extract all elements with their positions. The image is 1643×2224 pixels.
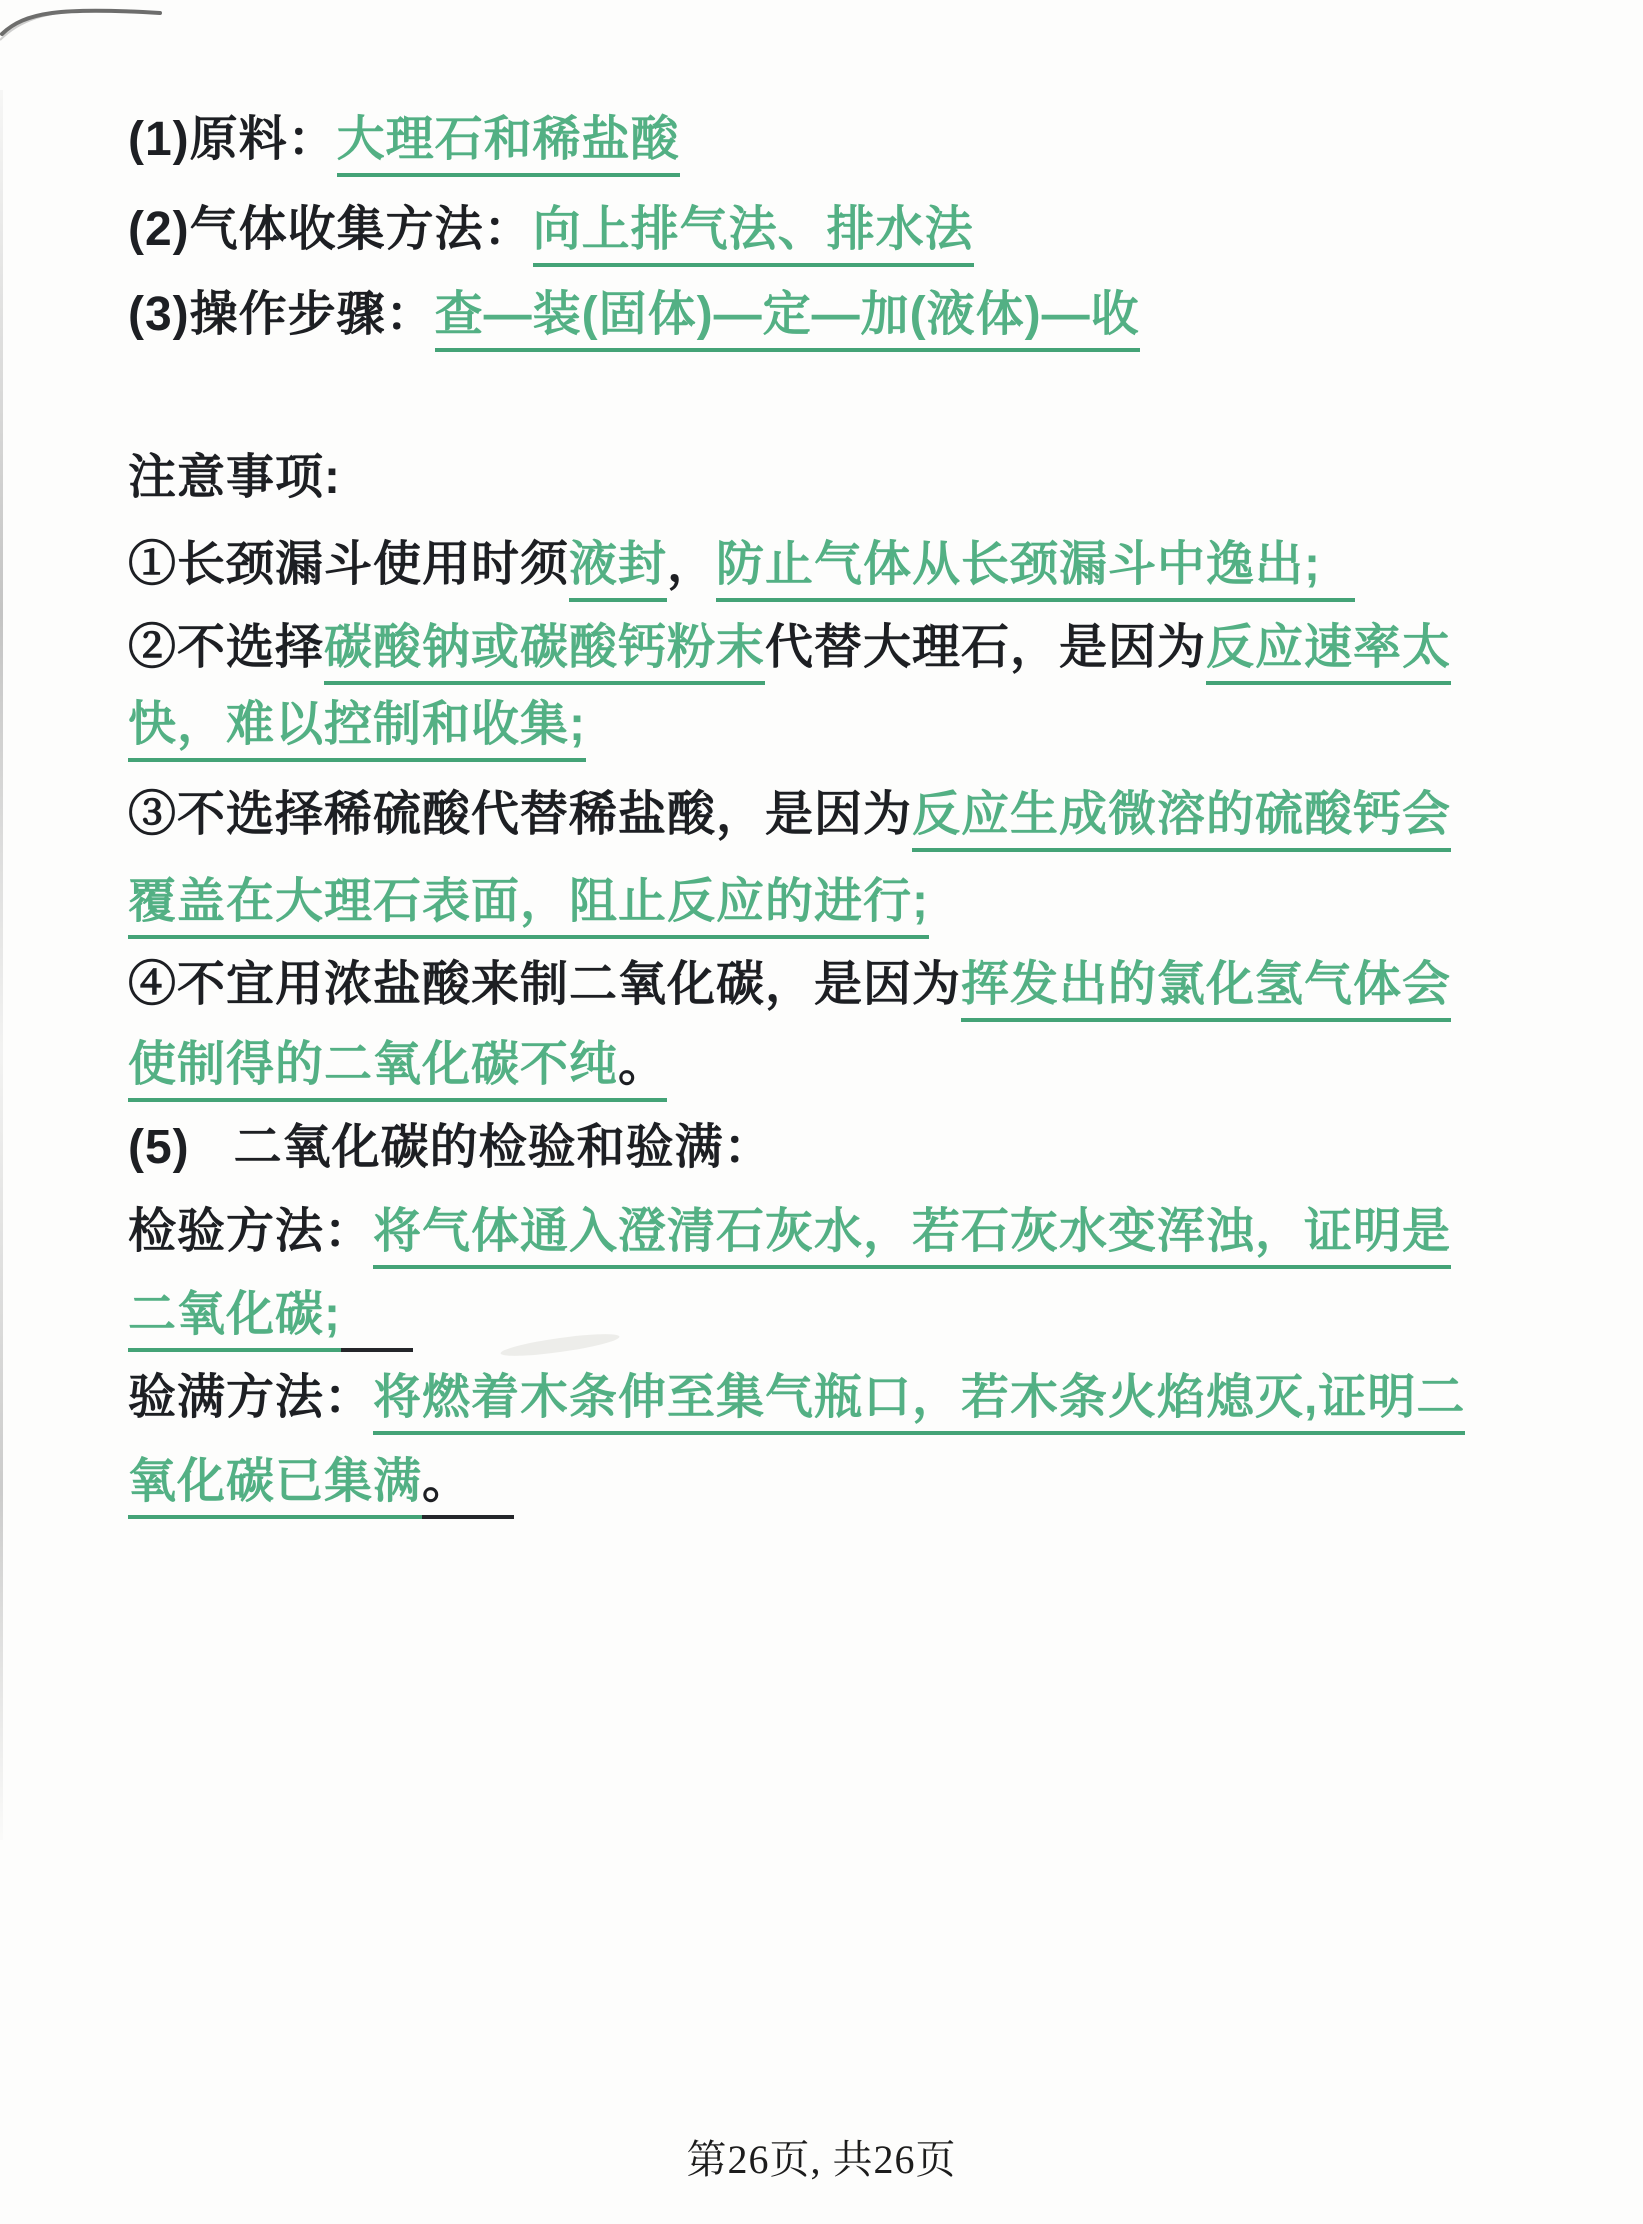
note-3-black-text: ③不选择稀硫酸代替稀盐酸，是因为 bbox=[128, 788, 912, 841]
line-gas-collection-method: (2)气体收集方法：向上排气法、排水法 bbox=[128, 188, 974, 272]
document-page: (1)原料：大理石和稀盐酸 (2)气体收集方法：向上排气法、排水法 (3)操作步… bbox=[0, 0, 1643, 2224]
section-5-number: (5) bbox=[128, 1121, 190, 1174]
note-2-answer-2: 反应速率太 bbox=[1206, 621, 1451, 685]
note-2-answer-continued: 快，难以控制和收集; bbox=[128, 698, 586, 762]
line-note-1: ①长颈漏斗使用时须液封，防止气体从长颈漏斗中逸出; bbox=[128, 523, 1355, 607]
note-2-black-text-1: ②不选择 bbox=[128, 621, 324, 674]
full-test-period-underline: 。 bbox=[422, 1455, 514, 1519]
line-note-4-part-1: ④不宜用浓盐酸来制二氧化碳，是因为挥发出的氯化氢气体会 bbox=[128, 943, 1451, 1027]
note-4-answer-continued: 使制得的二氧化碳不纯 bbox=[128, 1038, 618, 1102]
section-5-title: 二氧化碳的检验和验满： bbox=[234, 1121, 773, 1174]
line-note-3-part-2: 覆盖在大理石表面，阻止反应的进行; bbox=[128, 860, 929, 944]
answer-full-test-continued: 氧化碳已集满 bbox=[128, 1455, 422, 1519]
line-note-4-part-2: 使制得的二氧化碳不纯。 bbox=[128, 1023, 667, 1107]
line-test-method-part-1: 检验方法：将气体通入澄清石灰水，若石灰水变浑浊，证明是 bbox=[128, 1190, 1451, 1274]
answer-operation-steps: 查—装(固体)—定—加(液体)—收 bbox=[435, 288, 1140, 352]
section-5-heading: (5)二氧化碳的检验和验满： bbox=[128, 1106, 773, 1190]
line-note-2-part-2: 快，难以控制和收集; bbox=[128, 683, 586, 767]
line-note-2-part-1: ②不选择碳酸钠或碳酸钙粉末代替大理石，是因为反应速率太 bbox=[128, 606, 1451, 690]
note-4-black-text: ④不宜用浓盐酸来制二氧化碳，是因为 bbox=[128, 958, 961, 1011]
answer-test-method: 将气体通入澄清石灰水，若石灰水变浑浊，证明是 bbox=[373, 1205, 1451, 1269]
line-full-test-part-2: 氧化碳已集满。 bbox=[128, 1440, 514, 1524]
line-test-method-part-2: 二氧化碳; bbox=[128, 1273, 413, 1357]
answer-raw-material: 大理石和稀盐酸 bbox=[337, 113, 680, 177]
notes-heading: 注意事项: bbox=[128, 436, 341, 520]
note-3-answer-continued: 覆盖在大理石表面，阻止反应的进行; bbox=[128, 875, 929, 939]
blank-underline-extension bbox=[341, 1288, 413, 1352]
label-gas-collection: (2)气体收集方法： bbox=[128, 203, 533, 256]
note-3-answer: 反应生成微溶的硫酸钙会 bbox=[912, 788, 1451, 852]
label-full-test: 验满方法： bbox=[128, 1371, 373, 1424]
line-raw-material: (1)原料：大理石和稀盐酸 bbox=[128, 98, 680, 182]
scan-artifact-left-edge bbox=[0, 90, 3, 1840]
note-4-period: 。 bbox=[618, 1038, 667, 1102]
notes-heading-text: 注意事项: bbox=[128, 451, 341, 504]
label-operation-steps: (3)操作步骤： bbox=[128, 288, 435, 341]
note-1-answer-2: 防止气体从长颈漏斗中逸出; bbox=[716, 538, 1355, 602]
page-number: 第26页, 共26页 bbox=[0, 2128, 1643, 2185]
scan-artifact-corner-icon bbox=[0, 0, 170, 60]
note-1-answer-1: 液封 bbox=[569, 538, 667, 602]
note-2-black-text-2: 代替大理石，是因为 bbox=[765, 621, 1206, 674]
line-full-test-part-1: 验满方法：将燃着木条伸至集气瓶口，若木条火焰熄灭,证明二 bbox=[128, 1356, 1465, 1440]
line-note-3-part-1: ③不选择稀硫酸代替稀盐酸，是因为反应生成微溶的硫酸钙会 bbox=[128, 773, 1451, 857]
answer-test-method-continued: 二氧化碳; bbox=[128, 1288, 341, 1352]
answer-full-test: 将燃着木条伸至集气瓶口，若木条火焰熄灭,证明二 bbox=[373, 1371, 1465, 1435]
label-raw-material: (1)原料： bbox=[128, 113, 337, 166]
note-2-answer-1: 碳酸钠或碳酸钙粉末 bbox=[324, 621, 765, 685]
line-operation-steps: (3)操作步骤：查—装(固体)—定—加(液体)—收 bbox=[128, 273, 1140, 357]
note-1-comma: ， bbox=[667, 538, 716, 591]
note-4-answer: 挥发出的氯化氢气体会 bbox=[961, 958, 1451, 1022]
answer-gas-collection: 向上排气法、排水法 bbox=[533, 203, 974, 267]
note-1-black-text: ①长颈漏斗使用时须 bbox=[128, 538, 569, 591]
label-test-method: 检验方法： bbox=[128, 1205, 373, 1258]
